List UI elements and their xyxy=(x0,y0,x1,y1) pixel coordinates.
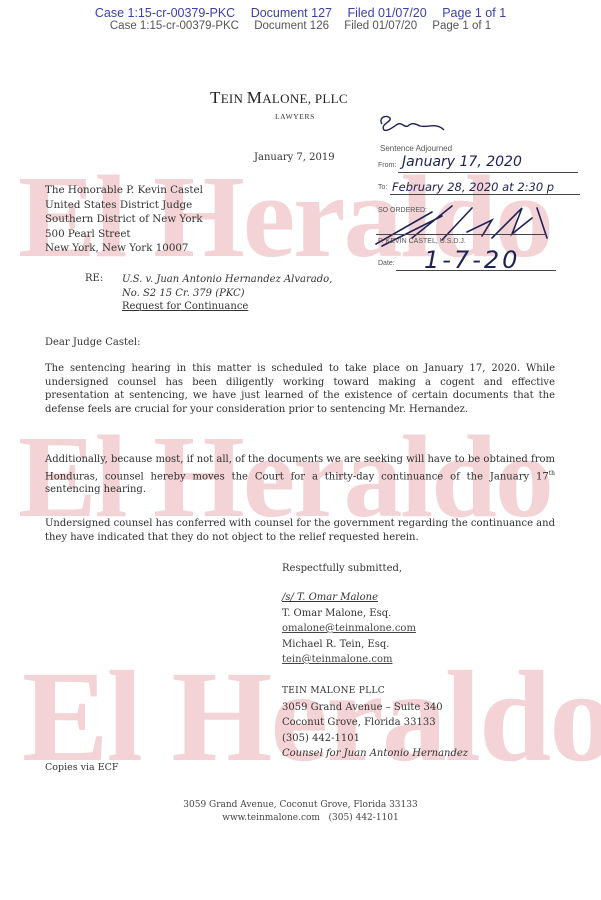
salutation: Dear Judge Castel: xyxy=(45,337,140,348)
re-block: U.S. v. Juan Antonio Hernandez Alvarado,… xyxy=(122,273,332,314)
page-count: Page 1 of 1 xyxy=(432,20,491,32)
body-paragraph-3: Undersigned counsel has conferred with c… xyxy=(45,517,555,544)
stamp-from-label: From: xyxy=(378,162,396,169)
firm-name-letterhead: TEIN MALONE, PLLC xyxy=(210,88,348,108)
stamp-from-date: January 17, 2020 xyxy=(402,154,522,170)
endorsement-stamp: Sentence Adjourned From: January 17, 202… xyxy=(372,110,601,280)
case-number: No. S2 15 Cr. 379 (PKC) xyxy=(122,287,332,301)
stamp-date-label: Date: xyxy=(378,260,395,267)
document-number: Document 126 xyxy=(254,20,329,32)
email-link-1[interactable]: omalone@teinmalone.com xyxy=(282,621,438,637)
footer-address: 3059 Grand Avenue, Coconut Grove, Florid… xyxy=(0,800,601,810)
ecf-filing-header-original: Case 1:15-cr-00379-PKC Document 126 File… xyxy=(0,20,601,32)
letter-date: January 7, 2019 xyxy=(254,152,335,163)
filed-date: Filed 01/07/20 xyxy=(344,20,417,32)
stamp-to-date: February 28, 2020 at 2:30 p xyxy=(392,180,554,194)
attorney-name-2: Michael R. Tein, Esq. xyxy=(282,637,438,653)
firm-address-block: TEIN MALONE PLLC 3059 Grand Avenue – Sui… xyxy=(282,684,468,762)
electronic-signature: /s/ T. Omar Malone xyxy=(282,590,438,606)
document-number: Document 127 xyxy=(251,6,332,20)
closing: Respectfully submitted, xyxy=(282,563,402,574)
filed-date: Filed 01/07/20 xyxy=(347,6,426,20)
case-number: Case 1:15-cr-00379-PKC xyxy=(95,6,235,20)
signature-block: /s/ T. Omar Malone T. Omar Malone, Esq. … xyxy=(282,590,438,668)
page-count: Page 1 of 1 xyxy=(442,6,506,20)
footer-phone: (305) 442-1101 xyxy=(329,813,399,823)
email-link-2[interactable]: tein@teinmalone.com xyxy=(282,652,438,668)
footer-contact: www.teinmalone.com (305) 442-1101 xyxy=(10,813,601,823)
re-label: RE: xyxy=(85,273,103,284)
firm-address-line-2: Coconut Grove, Florida 33133 xyxy=(282,715,468,731)
firm-address-line-1: 3059 Grand Avenue – Suite 340 xyxy=(282,700,468,716)
counsel-role: Counsel for Juan Antonio Hernandez xyxy=(282,746,468,762)
ecf-filing-header-current: Case 1:15-cr-00379-PKC Document 127 File… xyxy=(0,6,601,20)
firm-phone: (305) 442-1101 xyxy=(282,731,468,747)
firm-name: TEIN MALONE PLLC xyxy=(282,684,468,700)
judge-initials-signature xyxy=(372,110,452,136)
stamp-title: Sentence Adjourned xyxy=(380,144,452,153)
attorney-name-1: T. Omar Malone, Esq. xyxy=(282,606,438,622)
addressee-block: The Honorable P. Kevin Castel United Sta… xyxy=(45,183,203,256)
letterhead-subtitle: LAWYERS xyxy=(275,112,315,121)
subject: Request for Continuance xyxy=(122,300,332,314)
stamp-date-value: 1-7-20 xyxy=(424,246,520,274)
case-title: U.S. v. Juan Antonio Hernandez Alvarado, xyxy=(122,273,332,287)
copies-notation: Copies via ECF xyxy=(45,762,119,773)
body-paragraph-2: Additionally, because most, if not all, … xyxy=(45,453,555,497)
case-number: Case 1:15-cr-00379-PKC xyxy=(110,20,239,32)
body-paragraph-1: The sentencing hearing in this matter is… xyxy=(45,362,555,416)
stamp-to-label: To: xyxy=(378,184,387,191)
stamp-judge-label: P. KEVIN CASTEL, U.S.D.J. xyxy=(378,238,466,245)
footer-website[interactable]: www.teinmalone.com xyxy=(222,813,320,823)
